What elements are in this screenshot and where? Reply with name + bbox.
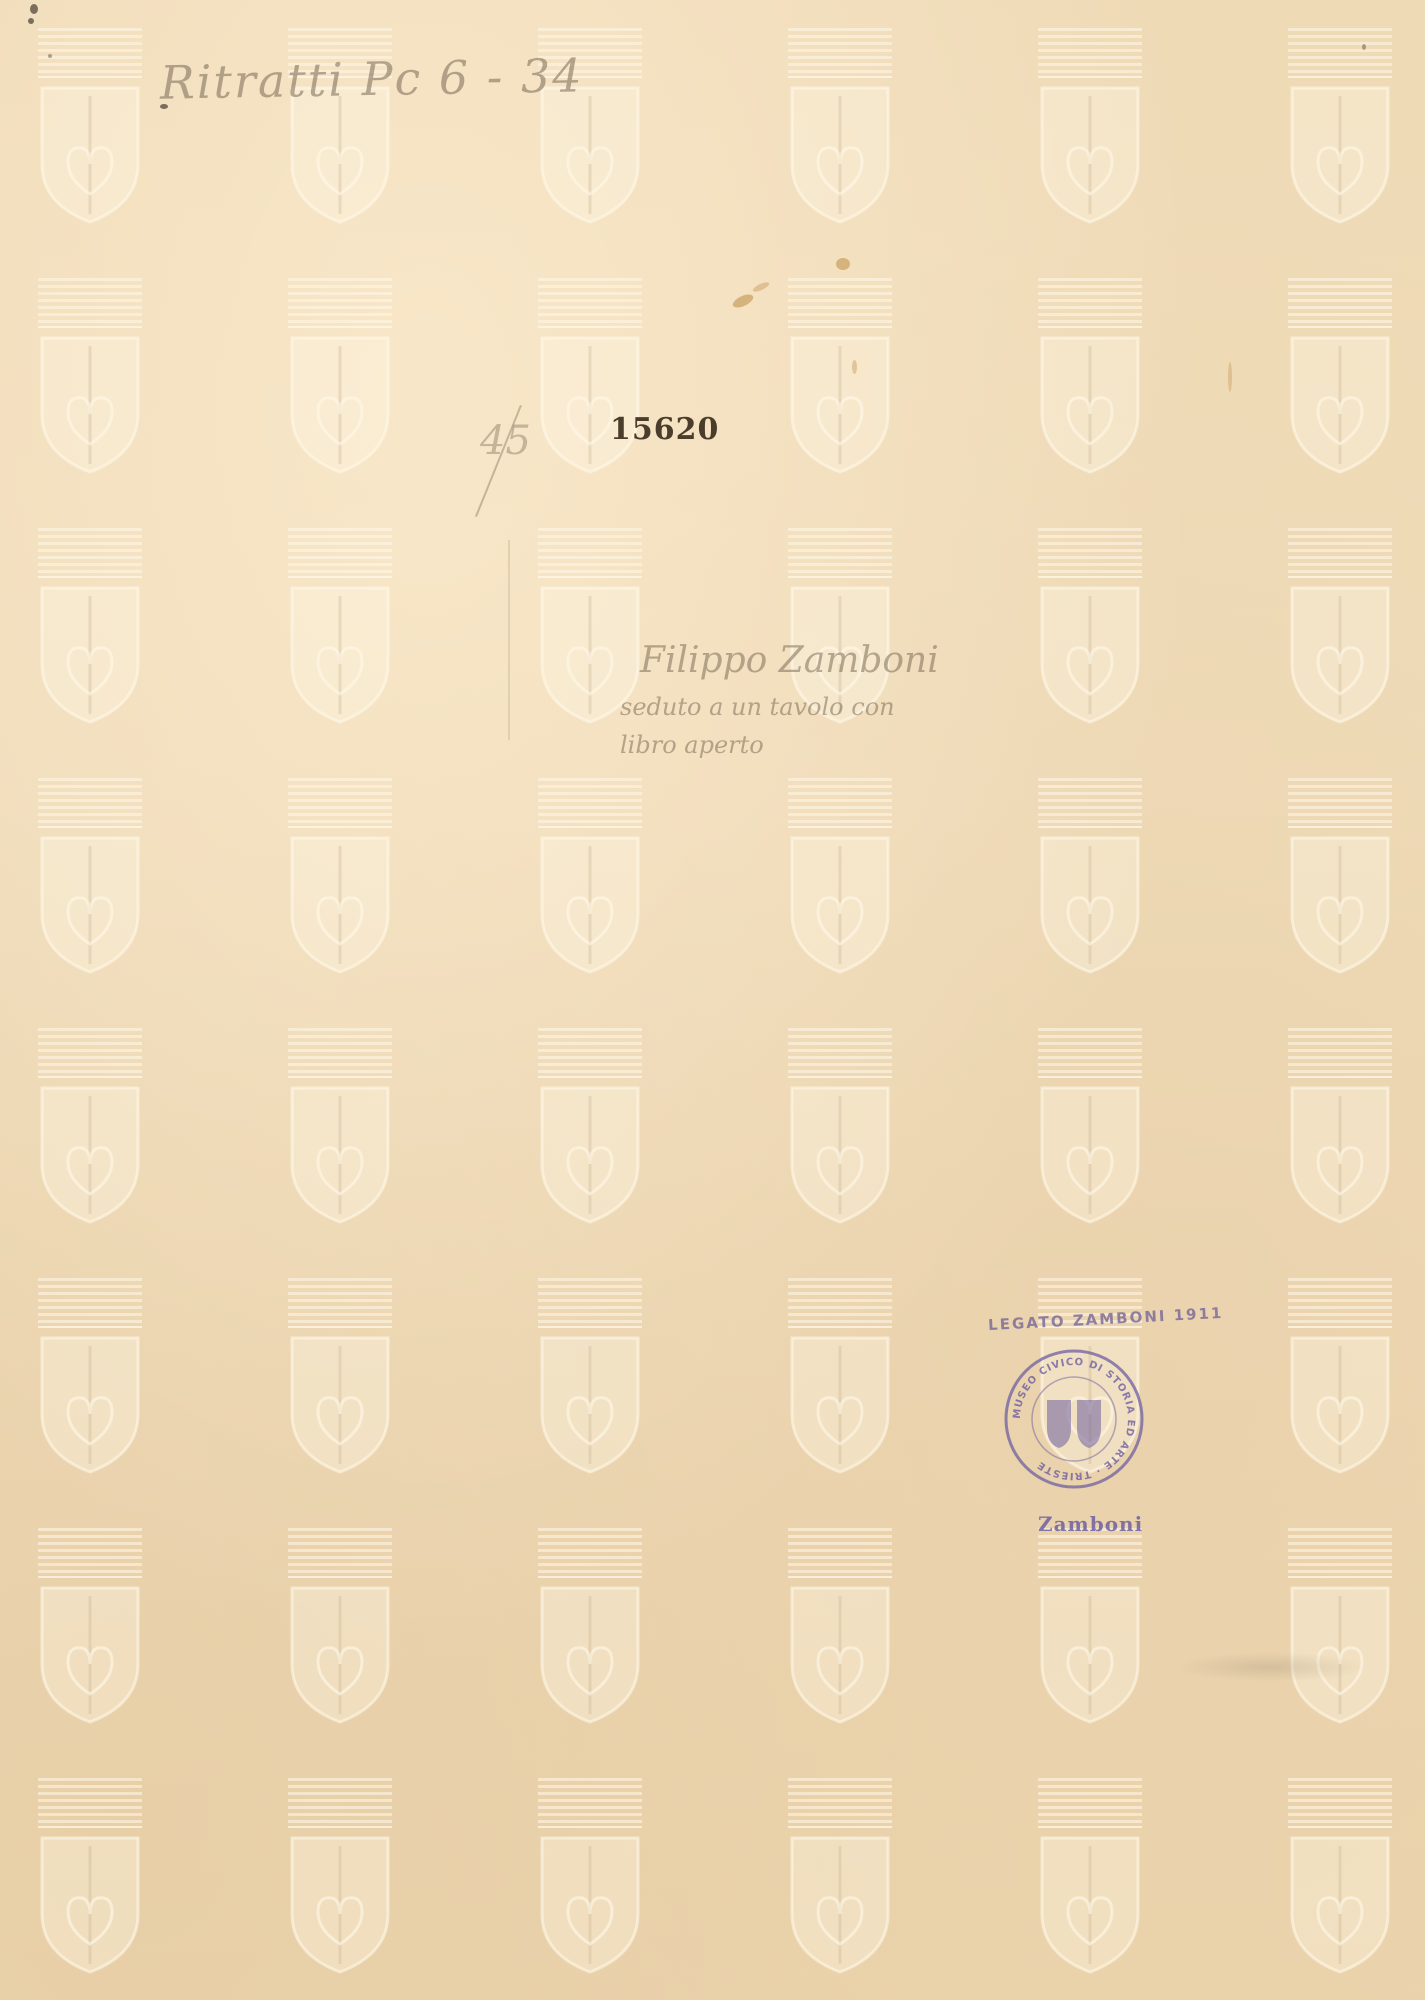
description-note: Filippo Zamboni seduto a un tavolo con l… — [620, 640, 939, 759]
watermark-shield-icon — [288, 528, 392, 728]
watermark-shield-icon — [788, 1028, 892, 1228]
watermark-shield-icon — [288, 1278, 392, 1478]
watermark-shield-icon — [788, 1278, 892, 1478]
watermark-shield-icon — [1288, 1278, 1392, 1478]
stain-mark — [752, 280, 771, 293]
watermark-shield-icon — [1038, 778, 1142, 978]
seal-text: MUSEO CIVICO DI STORIA ED ARTE · TRIESTE — [1012, 1357, 1136, 1481]
stain-mark — [852, 360, 857, 374]
watermark-shield-icon — [1288, 28, 1392, 228]
watermark-shield-icon — [1288, 1778, 1392, 1978]
watermark-shield-icon — [288, 1028, 392, 1228]
watermark-shield-icon — [538, 1278, 642, 1478]
note-description-line: libro aperto — [620, 731, 939, 759]
ink-dot — [48, 54, 52, 58]
watermark-shield-icon — [1038, 528, 1142, 728]
sheet-line — [508, 540, 510, 740]
museum-seal-icon: MUSEO CIVICO DI STORIA ED ARTE · TRIESTE — [1003, 1348, 1145, 1490]
watermark-shield-icon — [538, 1778, 642, 1978]
inventory-number: 15620 — [610, 412, 719, 447]
watermark-shield-icon — [538, 778, 642, 978]
watermark-shield-icon — [788, 1778, 892, 1978]
watermark-shield-icon — [788, 278, 892, 478]
watermark-shield-icon — [38, 278, 142, 478]
watermark-shield-icon — [788, 28, 892, 228]
watermark-shield-icon — [788, 1528, 892, 1728]
note-description-line: seduto a un tavolo con — [620, 693, 939, 721]
watermark-shield-icon — [38, 1528, 142, 1728]
watermark-shield-icon — [538, 1028, 642, 1228]
stain-mark — [1228, 362, 1232, 392]
watermark-shield-icon — [538, 1528, 642, 1728]
watermark-shield-icon — [38, 28, 142, 228]
watermark-shield-icon — [1038, 278, 1142, 478]
document-page: Ritratti Pc 6 - 34 45 15620 Filippo Zamb… — [0, 0, 1425, 2000]
svg-text:MUSEO CIVICO DI STORIA ED ARTE: MUSEO CIVICO DI STORIA ED ARTE · TRIESTE — [1012, 1357, 1136, 1481]
note-subject: Filippo Zamboni — [620, 640, 939, 681]
watermark-shield-icon — [1288, 778, 1392, 978]
watermark-pattern — [0, 0, 1425, 2000]
watermark-shield-icon — [1288, 278, 1392, 478]
watermark-shield-icon — [1288, 1528, 1392, 1728]
watermark-shield-icon — [1288, 528, 1392, 728]
legato-stamp: LEGATO ZAMBONI 1911 — [988, 1304, 1224, 1334]
stain-mark — [836, 258, 850, 270]
watermark-shield-icon — [38, 1778, 142, 1978]
watermark-shield-icon — [38, 528, 142, 728]
watermark-shield-icon — [288, 278, 392, 478]
watermark-shield-icon — [288, 778, 392, 978]
watermark-shield-icon — [788, 778, 892, 978]
zamboni-stamp: Zamboni — [1038, 1512, 1143, 1536]
ink-dot — [28, 18, 34, 24]
watermark-shield-icon — [1288, 1028, 1392, 1228]
watermark-shield-icon — [288, 1778, 392, 1978]
watermark-shield-icon — [38, 1028, 142, 1228]
ink-dot — [30, 4, 38, 14]
watermark-shield-icon — [1038, 1528, 1142, 1728]
watermark-shield-icon — [38, 778, 142, 978]
watermark-shield-icon — [1038, 28, 1142, 228]
shelfmark-handwritten: Ritratti Pc 6 - 34 — [160, 48, 584, 109]
ink-dot — [1362, 44, 1366, 50]
watermark-shield-icon — [538, 278, 642, 478]
watermark-shield-icon — [288, 1528, 392, 1728]
watermark-shield-icon — [38, 1278, 142, 1478]
smudge-mark — [1175, 1652, 1365, 1682]
watermark-shield-icon — [1038, 1028, 1142, 1228]
watermark-shield-icon — [1038, 1778, 1142, 1978]
stain-mark — [731, 292, 755, 310]
